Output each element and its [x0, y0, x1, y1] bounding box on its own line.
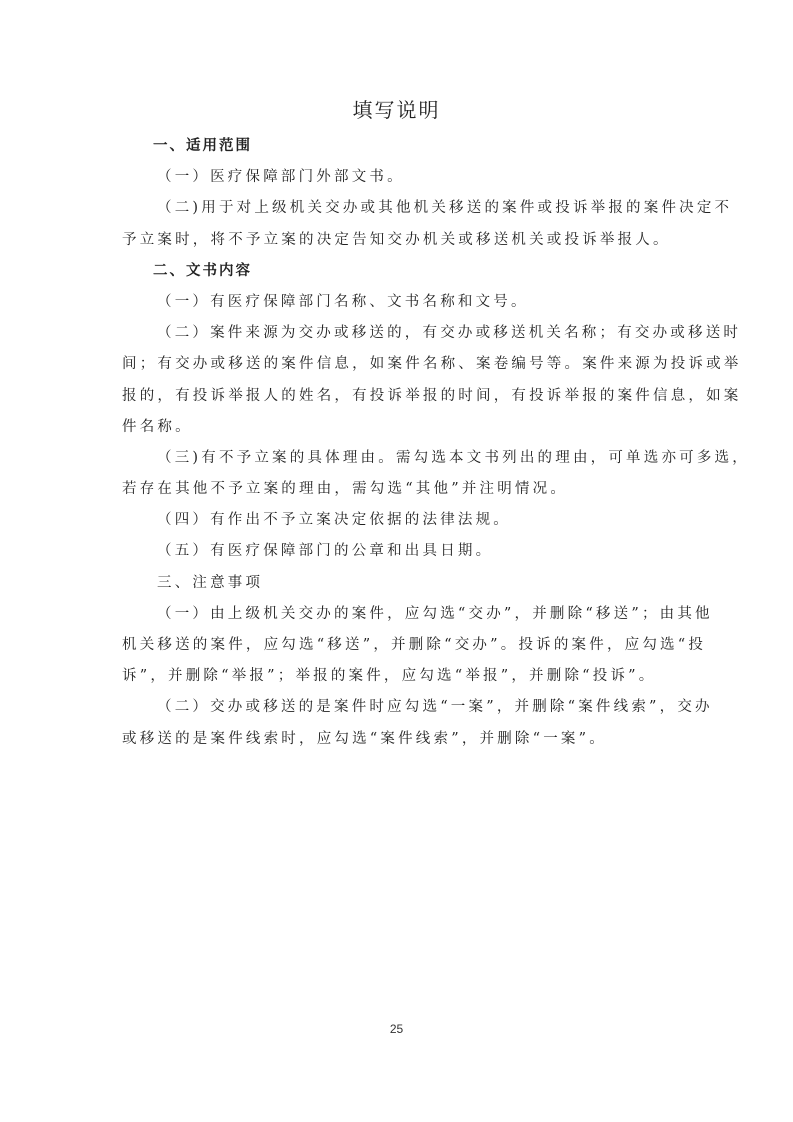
paragraph-line: 件名称。 — [122, 412, 674, 443]
document-body: 一、适用范围 （一）医疗保障部门外部文书。 （二)用于对上级机关交办或其他机关移… — [122, 131, 674, 755]
section-heading-content: 二、文书内容 — [122, 256, 674, 287]
page-number: 25 — [0, 1022, 793, 1036]
paragraph-line: 报的，有投诉举报人的姓名，有投诉举报的时间，有投诉举报的案件信息，如案 — [122, 381, 674, 412]
paragraph-line: （四）有作出不予立案决定依据的法律法规。 — [122, 505, 674, 536]
paragraph-line: 若存在其他不予立案的理由，需勾选“其他”并注明情况。 — [122, 474, 674, 505]
paragraph-line: （一）有医疗保障部门名称、文书名称和文号。 — [122, 287, 674, 318]
paragraph-line: （五）有医疗保障部门的公章和出具日期。 — [122, 536, 674, 567]
paragraph-line: （一）由上级机关交办的案件，应勾选“交办”，并删除“移送”；由其他 — [122, 599, 674, 630]
paragraph-line: 予立案时，将不予立案的决定告知交办机关或移送机关或投诉举报人。 — [122, 225, 674, 256]
paragraph-line: （二)用于对上级机关交办或其他机关移送的案件或投诉举报的案件决定不 — [122, 193, 674, 224]
page-title: 填写说明 — [0, 94, 793, 123]
section-heading-scope: 一、适用范围 — [122, 131, 674, 162]
paragraph-line: （二）交办或移送的是案件时应勾选“一案”，并删除“案件线索”，交办 — [122, 692, 674, 723]
paragraph-line: 间；有交办或移送的案件信息，如案件名称、案卷编号等。案件来源为投诉或举 — [122, 349, 674, 380]
paragraph-line: 诉”，并删除“举报”；举报的案件，应勾选“举报”，并删除“投诉”。 — [122, 661, 674, 692]
paragraph-line: （一）医疗保障部门外部文书。 — [122, 162, 674, 193]
paragraph-line: （三)有不予立案的具体理由。需勾选本文书列出的理由，可单选亦可多选， — [122, 443, 674, 474]
section-heading-notes: 三、注意事项 — [122, 568, 674, 599]
paragraph-line: 或移送的是案件线索时，应勾选“案件线索”，并删除“一案”。 — [122, 724, 674, 755]
paragraph-line: （二）案件来源为交办或移送的，有交办或移送机关名称；有交办或移送时 — [122, 318, 674, 349]
paragraph-line: 机关移送的案件，应勾选“移送”，并删除“交办”。投诉的案件，应勾选“投 — [122, 630, 674, 661]
